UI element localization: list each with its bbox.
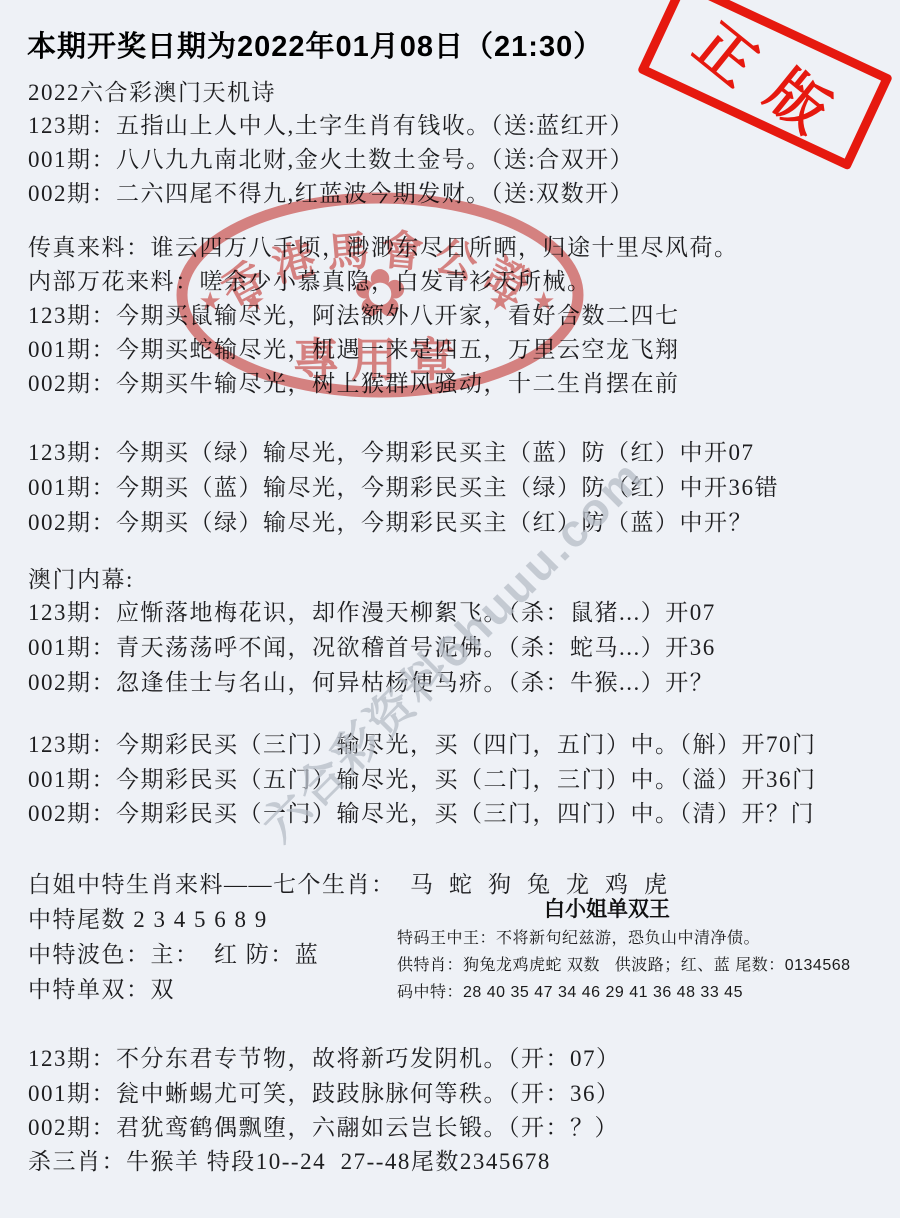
bottom-line: 002期：君犹鸾鹤偶飘堕，六翮如云岂长锻。（开：？） (28, 1109, 619, 1142)
bottom-line: 杀三肖：牛猴羊 特段10--24 27--48尾数2345678 (28, 1143, 551, 1176)
zhengban-char: 正 (684, 15, 766, 97)
tianjishi-heading: 2022六合彩澳门天机诗 (28, 74, 276, 107)
bottom-line: 001期：瓮中蜥蜴尤可笑，跂跂脉脉何等秩。（开：36） (28, 1075, 621, 1108)
laoliao-line: 002期：今期买牛输尽光，树上猴群风骚动，十二生肖摆在前 (28, 365, 680, 398)
baijie-line: 中特尾数 2 3 4 5 6 8 9 (28, 901, 268, 934)
caimin-line: 001期：今期买（蓝）输尽光，今期彩民买主（绿）防（红）中开36错 (28, 469, 779, 502)
bottom-line: 123期：不分东君专节物，故将新巧发阴机。（开：07） (28, 1040, 621, 1073)
baijie-line: 中特单双：双 (28, 971, 175, 1004)
tianjishi-line: 002期：二六四尾不得九,红蓝波今期发财。（送:双数开） (28, 175, 634, 208)
tianjishi-line: 001期：八八九九南北财,金火土数土金号。（送:合双开） (28, 141, 634, 174)
tianjishi-line: 123期：五指山上人中人,土字生肖有钱收。（送:蓝红开） (28, 107, 634, 140)
baixiaojie-line: 特码王中王：不将新句纪兹游，恐负山中清净债。 (397, 925, 760, 948)
neimu-line: 001期：青天荡荡呼不闻，况欲稽首号泥佛。（杀：蛇马...）开36 (28, 629, 716, 662)
neimu-heading: 澳门内幕: (28, 561, 134, 594)
caimin-line: 002期：今期买（绿）输尽光，今期彩民买主（红）防（蓝）中开？ (28, 504, 753, 537)
baixiaojie-line: 码中特：28 40 35 47 34 46 29 41 36 48 33 45 (397, 979, 743, 1002)
page-title: 本期开奖日期为2022年01月08日（21:30） (27, 24, 603, 65)
caimin-line: 123期：今期买（绿）输尽光，今期彩民买主（蓝）防（红）中开07 (28, 434, 755, 467)
zhengban-stamp: 正 版 (637, 0, 893, 171)
lottery-tip-sheet: 本期开奖日期为2022年01月08日（21:30） 2022六合彩澳门天机诗 1… (0, 0, 900, 1218)
laoliao-line: 传真来料：谁云四万八千顷，渺渺东尽日所晒，归途十里尽风荷。 (28, 229, 739, 262)
men-line: 002期：今期彩民买（一门）输尽光，买（三门，四门）中。（清）开？门 (28, 795, 815, 828)
neimu-line: 123期：应惭落地梅花识，却作漫天柳絮飞。（杀：鼠猪...）开07 (28, 594, 716, 627)
neimu-line: 002期：忽逢佳士与名山，何异枯杨便马疥。（杀：牛猴...）开？ (28, 664, 714, 697)
zhengban-char: 版 (757, 61, 839, 143)
men-line: 123期：今期彩民买（三门）输尽光，买（四门，五门）中。（斛）开70门 (28, 726, 817, 759)
laoliao-line: 123期：今期买鼠输尽光，阿法额外八开家，看好合数二四七 (28, 297, 680, 330)
baixiaojie-line: 供特肖：狗兔龙鸡虎蛇 双数 供波路；红、蓝 尾数：0134568 (397, 952, 851, 975)
men-line: 001期：今期彩民买（五门）输尽光，买（二门，三门）中。（溢）开36门 (28, 761, 817, 794)
baixiaojie-heading: 白小姐单双王 (397, 893, 817, 923)
baijie-line: 中特波色：主： 红 防：蓝 (28, 936, 319, 969)
laoliao-line: 001期：今期买蛇输尽光，机遇一来是四五，万里云空龙飞翔 (28, 331, 680, 364)
laoliao-line: 内部万花来料：嗟余少小慕真隐，白发青衫天所械。 (28, 263, 592, 296)
